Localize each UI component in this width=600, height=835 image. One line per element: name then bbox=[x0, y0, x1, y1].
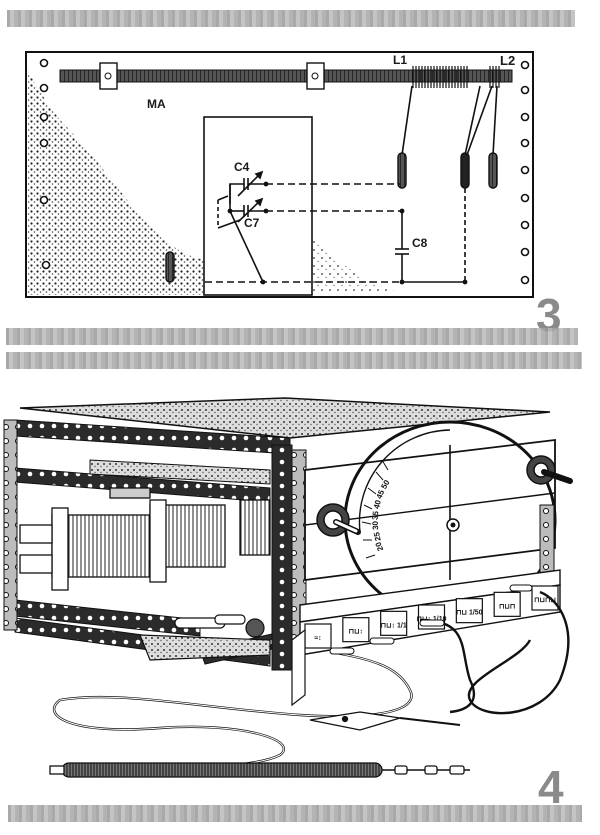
side-panel bbox=[292, 630, 305, 705]
mode-button[interactable]: ⊓⊔⊓ bbox=[494, 592, 520, 616]
figure-4-number: 4 bbox=[538, 764, 564, 810]
dial-scale-number: 30 bbox=[371, 521, 381, 530]
mode-button[interactable]: ≈↕ bbox=[305, 624, 331, 648]
mode-button-label: ⊓⊔ 1/50 bbox=[456, 610, 483, 617]
mode-button-label: ⊓⊔↕ 1/1 bbox=[381, 622, 407, 629]
right-control-knob[interactable] bbox=[527, 456, 570, 484]
mode-button[interactable]: ⊓⊔⊓⊔ bbox=[532, 586, 558, 610]
figure-4-device-drawing: ≈↕⊓⊔↕⊓⊔↕ 1/1⊓⊔↕ 1/10⊓⊔ 1/50⊓⊔⊓⊓⊔⊓⊔ bbox=[0, 0, 600, 835]
alligator-clip bbox=[310, 712, 460, 730]
transformers bbox=[20, 488, 270, 590]
mode-button[interactable]: ⊓⊔ 1/50 bbox=[456, 599, 483, 623]
mode-button[interactable]: ⊓⊔↕ 1/1 bbox=[381, 611, 407, 635]
mode-button-label: ≈↕ bbox=[314, 635, 321, 642]
mode-button[interactable]: ⊓⊔↕ bbox=[343, 618, 369, 642]
bottom-band bbox=[8, 805, 582, 822]
dial-scale-number: 35 bbox=[371, 510, 381, 520]
probe-handle[interactable] bbox=[50, 763, 470, 777]
mode-button-label: ⊓⊔⊓ bbox=[499, 603, 515, 610]
mode-button-label: ⊓⊔↕ bbox=[349, 629, 363, 636]
test-lead-highlight bbox=[50, 652, 412, 770]
